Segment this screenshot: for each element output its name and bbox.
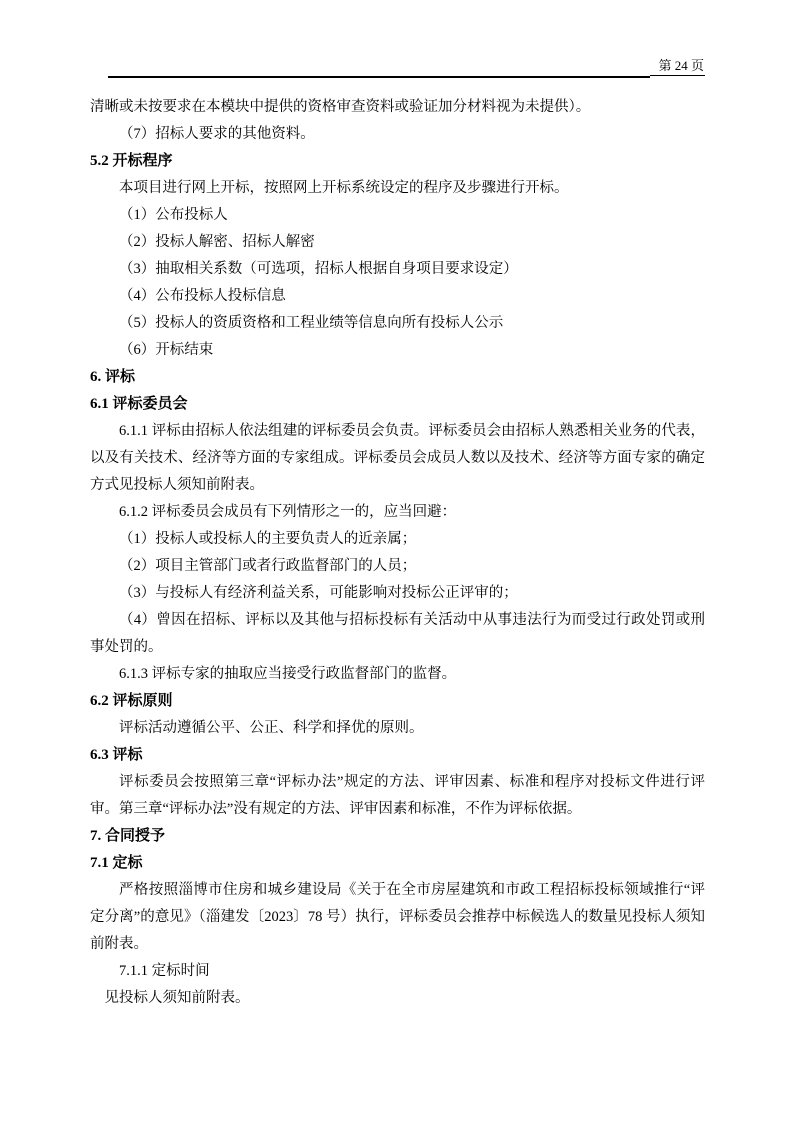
- paragraph: （5）投标人的资质资格和工程业绩等信息向所有投标人公示: [90, 310, 705, 337]
- section-heading: 6.2 评标原则: [90, 688, 705, 715]
- section-heading: 7. 合同授予: [90, 823, 705, 850]
- section-heading: 7.1 定标: [90, 850, 705, 877]
- paragraph: 本项目进行网上开标，按照网上开标系统设定的程序及步骤进行开标。: [90, 175, 705, 202]
- section-heading: 5.2 开标程序: [90, 148, 705, 175]
- header-rule: [108, 76, 650, 78]
- paragraph: （6）开标结束: [90, 337, 705, 364]
- paragraph: （4）公布投标人投标信息: [90, 283, 705, 310]
- document-page: 第 24 页 清晰或未按要求在本模块中提供的资格审查资料或验证加分材料视为未提供…: [0, 0, 793, 1122]
- paragraph: 严格按照淄博市住房和城乡建设局《关于在全市房屋建筑和市政工程招标投标领域推行“评…: [90, 877, 705, 958]
- paragraph: （4）曾因在招标、评标以及其他与招标投标有关活动中从事违法行为而受过行政处罚或刑…: [90, 607, 705, 661]
- paragraph: （7）招标人要求的其他资料。: [90, 121, 705, 148]
- paragraph: 7.1.1 定标时间: [90, 958, 705, 985]
- paragraph: （1）公布投标人: [90, 202, 705, 229]
- page-header: 第 24 页: [108, 48, 705, 78]
- paragraph: （3）抽取相关系数（可选项，招标人根据自身项目要求设定）: [90, 256, 705, 283]
- paragraph: 评标委员会按照第三章“评标办法”规定的方法、评审因素、标准和程序对投标文件进行评…: [90, 769, 705, 823]
- paragraph: 6.1.3 评标专家的抽取应当接受行政监督部门的监督。: [90, 661, 705, 688]
- section-heading: 6. 评标: [90, 364, 705, 391]
- paragraph: 评标活动遵循公平、公正、科学和择优的原则。: [90, 715, 705, 742]
- page-number: 第 24 页: [650, 57, 705, 76]
- section-heading: 6.3 评标: [90, 742, 705, 769]
- section-heading: 6.1 评标委员会: [90, 391, 705, 418]
- paragraph: 6.1.2 评标委员会成员有下列情形之一的，应当回避：: [90, 499, 705, 526]
- paragraph: （2）项目主管部门或者行政监督部门的人员；: [90, 553, 705, 580]
- paragraph: （1）投标人或投标人的主要负责人的近亲属；: [90, 526, 705, 553]
- paragraph: 清晰或未按要求在本模块中提供的资格审查资料或验证加分材料视为未提供）。: [90, 94, 705, 121]
- paragraph: （3）与投标人有经济利益关系，可能影响对投标公正评审的；: [90, 580, 705, 607]
- paragraph: 见投标人须知前附表。: [90, 985, 705, 1012]
- paragraph: 6.1.1 评标由招标人依法组建的评标委员会负责。评标委员会由招标人熟悉相关业务…: [90, 418, 705, 499]
- document-body: 清晰或未按要求在本模块中提供的资格审查资料或验证加分材料视为未提供）。（7）招标…: [90, 94, 705, 1012]
- paragraph: （2）投标人解密、招标人解密: [90, 229, 705, 256]
